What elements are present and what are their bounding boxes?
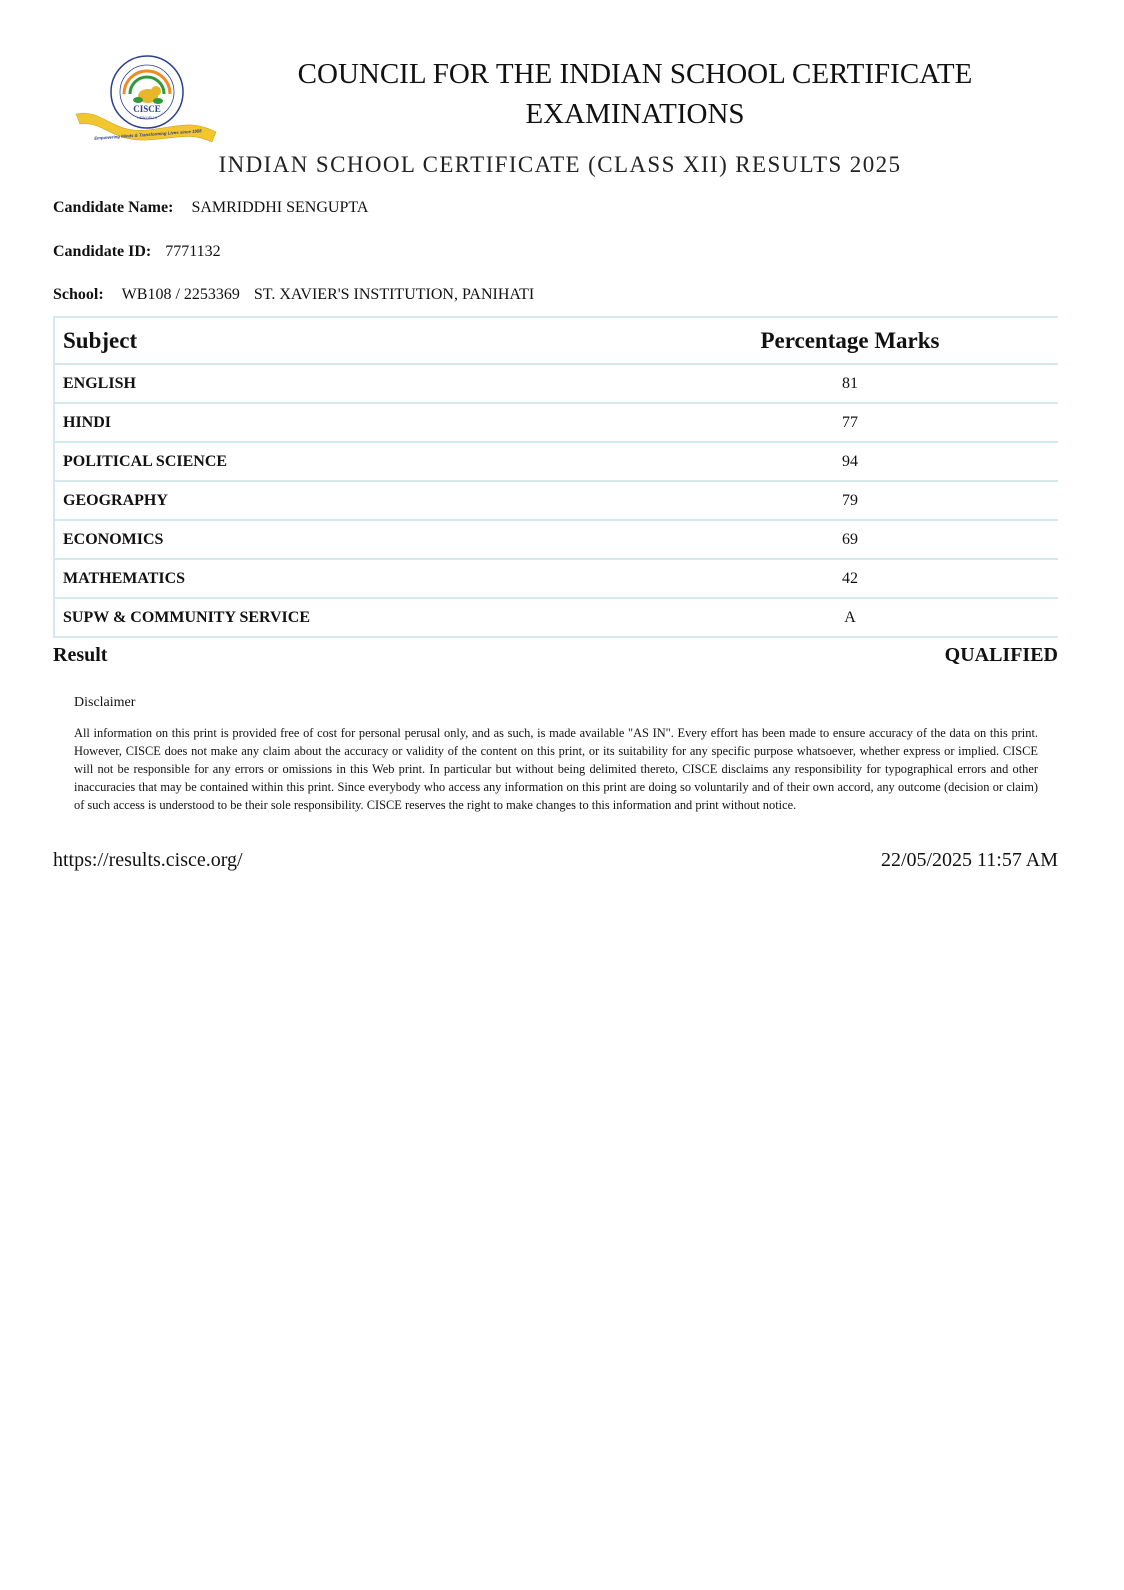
table-row: HINDI 77 <box>54 403 1058 442</box>
school-label: School: <box>53 286 104 303</box>
council-title-line1: COUNCIL FOR THE INDIAN SCHOOL CERTIFICAT… <box>270 54 1000 94</box>
subject-cell: ENGLISH <box>54 364 642 403</box>
marks-cell: 69 <box>642 520 1058 559</box>
council-title-line2: EXAMINATIONS <box>270 94 1000 134</box>
cisce-logo: CISCE NEW DELHI Empowering Minds & Trans… <box>72 50 222 146</box>
marks-cell: 42 <box>642 559 1058 598</box>
school-code: WB108 / 2253369 <box>122 286 240 303</box>
candidate-id-row: Candidate ID:7771132 <box>53 243 221 261</box>
footer-timestamp: 22/05/2025 11:57 AM <box>881 849 1058 872</box>
marks-table-header: Subject Percentage Marks <box>54 317 1058 364</box>
subject-cell: HINDI <box>54 403 642 442</box>
subject-cell: MATHEMATICS <box>54 559 642 598</box>
school-name: ST. XAVIER'S INSTITUTION, PANIHATI <box>254 286 534 303</box>
marks-cell: 79 <box>642 481 1058 520</box>
council-title: COUNCIL FOR THE INDIAN SCHOOL CERTIFICAT… <box>270 54 1000 134</box>
subject-column-header: Subject <box>54 317 642 364</box>
candidate-id-value: 7771132 <box>165 243 220 260</box>
marks-column-header: Percentage Marks <box>642 317 1058 364</box>
result-label: Result <box>53 644 107 667</box>
result-row: Result QUALIFIED <box>53 644 1058 667</box>
marks-cell: 77 <box>642 403 1058 442</box>
logo-text: CISCE <box>133 104 161 114</box>
table-row: MATHEMATICS 42 <box>54 559 1058 598</box>
school-row: School:WB108 / 2253369ST. XAVIER'S INSTI… <box>53 286 534 304</box>
marks-cell: 94 <box>642 442 1058 481</box>
marks-table: Subject Percentage Marks ENGLISH 81 HIND… <box>53 316 1058 638</box>
table-row: POLITICAL SCIENCE 94 <box>54 442 1058 481</box>
table-row: ENGLISH 81 <box>54 364 1058 403</box>
result-value: QUALIFIED <box>945 644 1058 667</box>
candidate-id-label: Candidate ID: <box>53 243 151 260</box>
subject-cell: ECONOMICS <box>54 520 642 559</box>
marks-cell: 81 <box>642 364 1058 403</box>
results-title: INDIAN SCHOOL CERTIFICATE (CLASS XII) RE… <box>170 152 950 178</box>
svg-text:NEW DELHI: NEW DELHI <box>137 116 156 120</box>
subject-cell: GEOGRAPHY <box>54 481 642 520</box>
candidate-name-value: SAMRIDDHI SENGUPTA <box>191 199 368 216</box>
candidate-name-label: Candidate Name: <box>53 199 173 216</box>
table-row: SUPW & COMMUNITY SERVICE A <box>54 598 1058 637</box>
subject-cell: SUPW & COMMUNITY SERVICE <box>54 598 642 637</box>
disclaimer-title: Disclaimer <box>74 695 135 711</box>
table-row: GEOGRAPHY 79 <box>54 481 1058 520</box>
marks-cell: A <box>642 598 1058 637</box>
print-footer: https://results.cisce.org/ 22/05/2025 11… <box>53 849 1058 872</box>
disclaimer-text: All information on this print is provide… <box>74 724 1038 814</box>
candidate-name-row: Candidate Name:SAMRIDDHI SENGUPTA <box>53 199 368 217</box>
footer-url: https://results.cisce.org/ <box>53 849 243 872</box>
table-row: ECONOMICS 69 <box>54 520 1058 559</box>
subject-cell: POLITICAL SCIENCE <box>54 442 642 481</box>
